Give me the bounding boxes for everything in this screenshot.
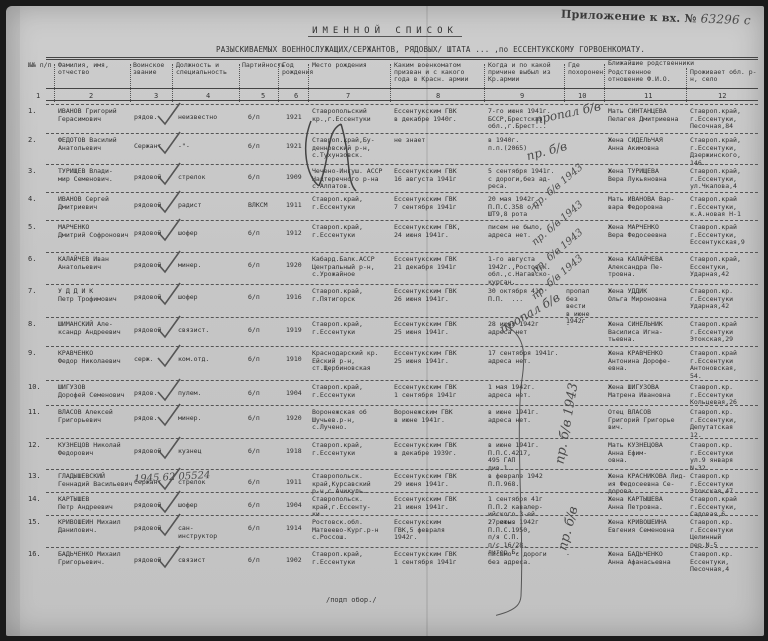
cell-party: б/п — [248, 525, 260, 533]
cell-party: б/п — [248, 327, 260, 335]
cell-left: 20 мая 1942г. П.П.С.358 о/п ШТ9,8 рота — [488, 196, 539, 219]
cell-relative: Мать КУЗНЕЦОВА Анна Ефим- овна. — [608, 442, 663, 465]
cell-n: 13. — [28, 473, 41, 481]
col-header-12: Проживает обл. р-н, село — [690, 69, 760, 83]
checkmark-icon — [156, 513, 182, 537]
cell-birthplace: Ростовск.обл. Матвеево-Кург.р-н с.Россош… — [312, 519, 379, 542]
cell-left: в 1940г. п.п.(2065) — [488, 137, 527, 152]
title-text: ИМЕННОЙ СПИСОК — [308, 26, 462, 37]
cell-draft: Ессентукским ГВК 29 июня 1941г. — [394, 473, 457, 488]
cell-n: 1. — [28, 108, 36, 116]
cell-birthplace: Ставроп.край, г.Ессентуки — [312, 196, 363, 211]
checkmark-icon — [156, 190, 182, 214]
cell-n: 12. — [28, 442, 41, 450]
document-page: Приложение к вх. № 63296 с ИМЕННОЙ СПИСО… — [6, 6, 764, 636]
cell-n: 4. — [28, 196, 36, 204]
cell-year: 1911 — [286, 479, 302, 487]
cell-name: КРИВОШЕИН Михаил Данилович. — [58, 519, 121, 534]
cell-address: Ставроп.край г.Ессентуки Антоновская, 54… — [690, 350, 737, 380]
row-separator — [46, 192, 758, 193]
cell-address: Ставроп.кр. г.Ессентуки Целинный пер.N-5 — [690, 519, 733, 549]
cell-n: 9. — [28, 350, 36, 358]
cell-address: Ставроп.кр. Ессентуки, Песочная,4 — [690, 551, 733, 574]
cell-rank: рядов. — [134, 114, 157, 122]
cell-year: 1921 — [286, 143, 302, 151]
handwritten-bracket — [496, 326, 556, 626]
row-separator — [46, 380, 758, 381]
row-separator — [46, 164, 758, 165]
cell-n: 11. — [28, 409, 41, 417]
cell-birthplace: Ставроп.край, г.Ессентуки — [312, 551, 363, 566]
cell-party: б/п — [248, 390, 260, 398]
checkmark-icon — [156, 378, 182, 402]
cell-draft: Ессентукским ГВК, 24 июня 1941г. — [394, 224, 461, 239]
cell-party: б/п — [248, 114, 260, 122]
cell-n: 15. — [28, 519, 41, 527]
cell-draft: Ессентукским ГВК 1 сентября 1941г — [394, 551, 457, 566]
cell-draft: Ессентукским ГВК 25 июня 1941г. — [394, 350, 457, 365]
cell-role: неизвестно — [178, 114, 217, 122]
cell-birthplace: Ставроп.край, г.Ессентуки — [312, 442, 363, 457]
col-num: 7 — [346, 92, 350, 100]
row-separator — [46, 133, 758, 134]
cell-relative: Жена МАРЧЕНКО Вера Федосеевна — [608, 224, 667, 239]
col-header-1: №№ п/п — [28, 62, 52, 69]
cell-party: б/п — [248, 502, 260, 510]
checkmark-icon — [156, 218, 182, 242]
cell-n: 10. — [28, 384, 41, 392]
cell-name: ШИГУЗОВ Дорофей Семенович — [58, 384, 125, 399]
col-group-relatives: Ближайшие родственники — [608, 60, 758, 67]
cell-draft: не знает — [394, 137, 425, 145]
cell-role: стрелок — [178, 174, 205, 182]
cell-relative: Жена ТУРИЩЕВА Вера Лукьяновна — [608, 168, 667, 183]
cell-name: БАДЬЧЕНКО Михаил Григорьевич. — [58, 551, 121, 566]
cell-birthplace: Ставроп.край, г.Ессентуки — [312, 321, 363, 336]
col-num: 1 — [36, 92, 40, 100]
cell-draft: Ессентукским ГВК в декабре 1940г. — [394, 108, 457, 123]
col-header-2: Фамилия, имя, отчество — [58, 62, 128, 76]
cell-relative: Отец ВЛАСОВ Григорий Григорье вич. — [608, 409, 675, 432]
cell-address: Ставроп.край, Ессентуки, Ударная,42 — [690, 256, 741, 279]
cell-year: 1912 — [286, 230, 302, 238]
handwritten-note: пр. б/в — [555, 505, 581, 552]
cell-party: б/п — [248, 294, 260, 302]
cell-year: 1909 — [286, 174, 302, 182]
row-separator — [46, 438, 758, 439]
checkmark-icon — [156, 250, 182, 274]
stamp-number: 63296 с — [700, 12, 751, 28]
cell-n: 2. — [28, 137, 36, 145]
row-separator — [46, 469, 758, 470]
cell-draft: Ессентукским ГВК 7 сентября 1941г — [394, 196, 457, 211]
col-header-10: Где похоронен — [568, 62, 604, 76]
col-header-8: Каким военкоматом призван и с какого год… — [394, 62, 482, 83]
cell-draft: Ессентукским ГВК 21 июня 1941г. — [394, 496, 457, 511]
cell-party: б/п — [248, 415, 260, 423]
cell-party: б/п — [248, 262, 260, 270]
cell-birthplace: Воронежская об Шучьев.р-н, с.Лучено. — [312, 409, 367, 432]
col-num: 2 — [89, 92, 93, 100]
document-title: ИМЕННОЙ СПИСОК — [6, 26, 764, 36]
cell-relative: Жена СИДЕЛЬЧАЯ Анна Акимовна — [608, 137, 663, 152]
cell-year: 1919 — [286, 327, 302, 335]
cell-n: 3. — [28, 168, 36, 176]
checkmark-icon — [156, 131, 182, 155]
cell-n: 8. — [28, 321, 36, 329]
cell-draft: Ессентукским ГВК 25 июня 1941г. — [394, 321, 457, 336]
cell-party: б/п — [248, 448, 260, 456]
cell-address: Ставроп.кр. г.Ессентуки ул.9 января N-32… — [690, 442, 733, 472]
cell-address: Ставроп.край г.Ессентуки Этокская,29 — [690, 321, 737, 344]
cell-buried: - — [566, 321, 570, 329]
cell-relative: Жена ШИГУЗОВА Матрена Ивановна — [608, 384, 671, 399]
cell-relative: Мать ИВАНОВА Вар- вара Федоровна — [608, 196, 675, 211]
col-num: 10 — [578, 92, 586, 100]
cell-draft: Ессентукским ГВК 1 сентября 1941г — [394, 384, 457, 399]
cell-address: Ставроп.кр. г.Ессентуки Кольцевая,26 — [690, 384, 737, 407]
checkmark-icon — [156, 162, 182, 186]
col-num: 11 — [644, 92, 652, 100]
col-num: 12 — [718, 92, 726, 100]
cell-name: ГЛАДЫШЕВСКИЙ Геннадий Васильевич — [58, 473, 132, 488]
cell-n: 6. — [28, 256, 36, 264]
row-separator — [46, 492, 758, 493]
cell-address: Ставроп.кр. г.Ессентуки Ударная,42 — [690, 288, 733, 311]
checkmark-icon — [156, 344, 182, 368]
cell-year: 1916 — [286, 294, 302, 302]
cell-name: ФЕДОТОВ Василий Анатольевич — [58, 137, 117, 152]
handwritten-note: пр. б/в — [525, 139, 569, 163]
row-separator — [46, 252, 758, 253]
cell-draft: Ессентукским ГВК 26 июня 1941г. — [394, 288, 457, 303]
cell-party: б/п — [248, 557, 260, 565]
checkmark-icon — [156, 102, 182, 126]
row-separator — [46, 104, 758, 105]
checkmark-icon — [156, 490, 182, 514]
cell-name: ТУРИЩЕВ Влади- мир Семенович. — [58, 168, 113, 183]
cell-rank: рядов. — [134, 415, 157, 423]
cell-name: ИВАНОВ Сергей Дмитриевич — [58, 196, 109, 211]
col-header-5: Партийность — [242, 62, 276, 69]
cell-relative: Жена БАДЬЧЕНКО Анна Афанасьевна — [608, 551, 671, 566]
col-header-11: Родственное отношение Ф.И.О. — [608, 69, 678, 83]
cell-relative: Жена УДДИК Ольга Мироновна — [608, 288, 667, 303]
document-subtitle: РАЗЫСКИВАЕМЫХ ВОЕННОСЛУЖАЩИХ/СЕРЖАНТОВ, … — [216, 45, 645, 54]
cell-role: связист — [178, 557, 205, 565]
cell-party: б/п — [248, 230, 260, 238]
row-separator — [46, 317, 758, 318]
handwritten-note: пр. б/в 1943 — [553, 382, 582, 465]
cell-year: 1910 — [286, 356, 302, 364]
cell-left: 5 сентября 1941г. с дороги,без ад- реса. — [488, 168, 555, 191]
stamp-text: Приложение к вх. № — [561, 8, 697, 26]
cell-address: Ставроп.край г.Ессентуки, Ессентукская,9 — [690, 224, 745, 247]
cell-name: ИВАНОВ Григорий Герасимович — [58, 108, 117, 123]
cell-n: 16. — [28, 551, 41, 559]
checkmark-icon — [156, 436, 182, 460]
cell-address: Ставроп.край г.Ессентуки, к.А.новая Н-1 — [690, 196, 741, 219]
cell-name: КРАВЧЕНКО Федор Николаевич — [58, 350, 121, 365]
header-bottom-rule — [46, 100, 758, 101]
cell-relative: Жена КРИВОШЕИНА Евгения Семеновна — [608, 519, 675, 534]
checkmark-icon — [156, 315, 182, 339]
col-num: 8 — [436, 92, 440, 100]
cell-rank: рядов. — [134, 390, 157, 398]
cell-draft: Ессентукским ГВК,5 февраля 1942г. — [394, 519, 445, 542]
cell-year: 1911 — [286, 202, 302, 210]
header-mid-rule — [46, 88, 758, 89]
col-num: 5 — [261, 92, 265, 100]
cell-party: б/п — [248, 479, 260, 487]
col-num: 6 — [294, 92, 298, 100]
cell-address: Ставроп.край, г.Ессентуки, Дзержинского,… — [690, 137, 741, 167]
handwritten-scribble — [301, 116, 361, 196]
cell-year: 1904 — [286, 390, 302, 398]
cell-rank: серж. — [134, 356, 154, 364]
cell-role: сан- инструктор — [178, 525, 217, 540]
cell-birthplace: Ставроп.край, г.Пятигорск — [312, 288, 363, 303]
cell-party: б/п — [248, 143, 260, 151]
cell-name: У Д Д И К Петр Трофимович — [58, 288, 117, 303]
cell-draft: Воронежским ГВК в июне 1941г. — [394, 409, 453, 424]
cell-name: КАЛАЙЧЕВ Иван Анатольевич — [58, 256, 109, 271]
cell-role: ком.отд. — [178, 356, 209, 364]
cell-year: 1921 — [286, 114, 302, 122]
cell-birthplace: Ставроп.край, г.Ессентуки — [312, 224, 363, 239]
cell-relative: Мать СИНТАНЦЕВА Пелагея Дмитриевна — [608, 108, 678, 123]
cell-party: ВЛКСМ — [248, 202, 268, 210]
row-separator — [46, 284, 758, 285]
cell-n: 5. — [28, 224, 36, 232]
row-separator — [46, 346, 758, 347]
col-header-6: Год рождения — [282, 62, 310, 76]
col-header-4: Должность и специальность — [176, 62, 238, 76]
header-top-rule — [46, 57, 758, 58]
checkmark-icon — [156, 403, 182, 427]
cell-year: 1920 — [286, 262, 302, 270]
cell-n: 7. — [28, 288, 36, 296]
col-num: 4 — [206, 92, 210, 100]
checkmark-icon — [156, 282, 182, 306]
cell-address: Ставроп.край, г.Ессентуки, Песочная,84 — [690, 108, 741, 131]
cell-address: Ставроп.край, г.Ессентуки, ул.Чкалова,4 — [690, 168, 741, 191]
cell-draft: Ессентукским ГВК 21 декабря 1941г — [394, 256, 457, 271]
cell-draft: Ессентукским ГВК в декабре 1939г. — [394, 442, 457, 457]
row-separator — [46, 547, 758, 548]
footer-note: /подп обор./ — [326, 596, 377, 604]
col-num: 3 — [154, 92, 158, 100]
checkmark-icon — [156, 545, 182, 569]
cell-birthplace: Кабард.Балк.АССР Центральный р-н, с.Урож… — [312, 256, 375, 279]
cell-n: 14. — [28, 496, 41, 504]
cell-name: КАРТЫШЕВ Петр Андреевич — [58, 496, 113, 511]
cell-year: 1902 — [286, 557, 302, 565]
cell-draft: Ессентукским ГВК 16 августа 1941г — [394, 168, 457, 183]
cell-year: 1918 — [286, 448, 302, 456]
cell-relative: Жена КАРТЫШЕВА Анна Петровна. — [608, 496, 663, 511]
cell-year: 1904 — [286, 502, 302, 510]
page-edge — [6, 6, 20, 636]
col-header-9: Когда и по какой причине выбыл из Кр.арм… — [488, 62, 566, 83]
cell-relative: Жена СИНЕЛЬНИК Василиса Игна- тьевна. — [608, 321, 663, 344]
col-num: 9 — [520, 92, 524, 100]
col-header-7: Место рождения — [312, 62, 386, 69]
cell-party: б/п — [248, 174, 260, 182]
incoming-stamp: Приложение к вх. № 63296 с — [561, 7, 751, 28]
row-separator — [46, 515, 758, 516]
cell-birthplace: Краснодарский кр. Ейский р-н, ст.Щербино… — [312, 350, 379, 373]
row-separator — [46, 405, 758, 406]
cell-name: ШИМАНСКИЙ Але- ксандр Андреевич — [58, 321, 121, 336]
row-separator — [46, 220, 758, 221]
col-header-3: Воинское звание — [133, 62, 173, 76]
cell-relative: Жена КРАВЧЕНКО Антонина Дорофе- евна. — [608, 350, 671, 373]
cell-name: КУЗНЕЦОВ Николай Федорович — [58, 442, 121, 457]
cell-relative: Жена КАЛАЙЧЕВА Александра Пе- тровна. — [608, 256, 663, 279]
cell-party: б/п — [248, 356, 260, 364]
cell-birthplace: Ставроп.край, г.Ессентуки — [312, 384, 363, 399]
cell-address: Ставроп.кр. г.Ессентуки, Депутатская 12. — [690, 409, 737, 439]
cell-name: МАРЧЕНКО Дмитрий Софронович — [58, 224, 128, 239]
cell-name: ВЛАСОВ Алексей Григорьевич — [58, 409, 113, 424]
cell-year: 1914 — [286, 525, 302, 533]
cell-year: 1920 — [286, 415, 302, 423]
cell-role: связист. — [178, 327, 209, 335]
